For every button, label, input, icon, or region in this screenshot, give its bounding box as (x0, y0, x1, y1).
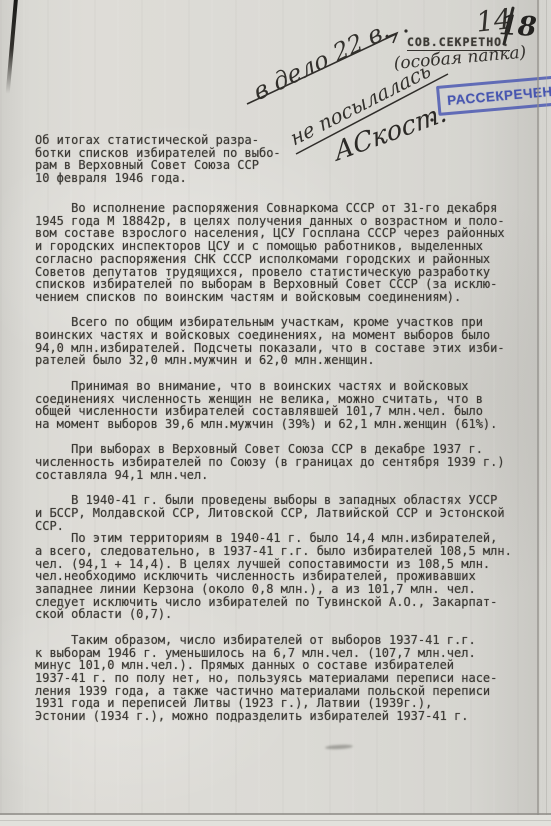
document-body: Во исполнение распоряжения Совнаркома СС… (35, 202, 519, 735)
pen-dot (404, 29, 407, 32)
paragraph-3: Принимая во внимание, что в воинских час… (35, 380, 519, 431)
paragraph-5: В 1940-41 г. были проведены выборы в зап… (35, 494, 519, 532)
paragraph-1: Во исполнение распоряжения Совнаркома СС… (35, 202, 519, 304)
page-bottom-edge-faint (0, 820, 551, 821)
page-right-edge (537, 0, 539, 826)
paragraph-4: При выборах в Верховный Совет Союза ССР … (35, 443, 519, 481)
scanned-document-page: в дело 22 в. не посылалась АСкост. 14 18… (0, 0, 551, 826)
document-title: Об итогах статистической разра- ботки сп… (35, 134, 335, 185)
paragraph-2: Всего по общим избирательным участкам, к… (35, 316, 519, 367)
declassified-stamp: РАССЕКРЕЧЕНО (436, 74, 551, 116)
fold-mark (6, 0, 18, 94)
page-right-edge-faint (546, 0, 547, 826)
ink-smudge (325, 744, 353, 749)
paragraph-7: Таким образом, число избирателей от выбо… (35, 634, 519, 723)
paragraph-6: По этим территориям в 1940-41 г. было 14… (35, 532, 519, 621)
